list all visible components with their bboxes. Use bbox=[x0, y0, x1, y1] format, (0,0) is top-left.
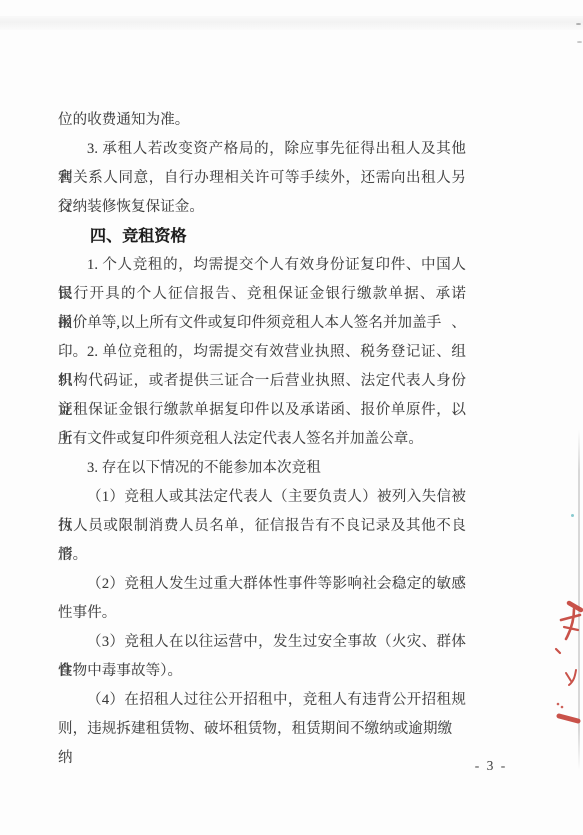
document-line: 形。 bbox=[58, 541, 466, 570]
document-line: 行人员或限制消费人员名单，征信报告有不良记录及其他不良情 bbox=[58, 512, 466, 541]
document-line: 2. 单位竞租的，均需提交有效营业执照、税务登记证、组织 bbox=[58, 338, 466, 367]
document-line: 银行开具的个人征信报告、竞租保证金银行缴款单据、承诺函、 bbox=[58, 280, 466, 309]
document-line: （3）竞租人在以往运营中，发生过安全事故（火灾、群体性 bbox=[58, 628, 466, 657]
document-line: 3. 存在以下情况的不能参加本次竞租 bbox=[58, 454, 466, 483]
document-line: 性事件。 bbox=[58, 599, 466, 628]
document-line: 害关系人同意，自行办理相关许可等手续外，还需向出租人另行 bbox=[58, 164, 466, 193]
document-line: 1. 个人竞租的，均需提交个人有效身份证复印件、中国人民 bbox=[58, 251, 466, 280]
document-line: 所有文件或复印件须竞租人法定代表人签名并加盖公章。 bbox=[58, 425, 466, 454]
document-line: 则，违规拆建租赁物、破坏租赁物，租赁期间不缴纳或逾期缴纳 bbox=[58, 715, 466, 744]
page-number: - 3 - bbox=[458, 758, 524, 774]
scan-speck bbox=[571, 514, 574, 517]
scan-speck bbox=[576, 23, 581, 25]
document-page: 位的收费通知为准。3. 承租人若改变资产格局的，除应事先征得出租人及其他利害关系… bbox=[0, 0, 583, 835]
document-line: 竞租保证金银行缴款单据复印件以及承诺函、报价单原件，以上 bbox=[58, 396, 466, 425]
document-line: 交纳装修恢复保证金。 bbox=[58, 193, 466, 222]
section-heading: 四、竞租资格 bbox=[58, 222, 466, 251]
document-line: 机构代码证，或者提供三证合一后营业执照、法定代表人身份证、 bbox=[58, 367, 466, 396]
document-line: 位的收费通知为准。 bbox=[58, 106, 466, 135]
document-line: 报价单等,以上所有文件或复印件须竞租人本人签名并加盖手印。 bbox=[58, 309, 466, 338]
red-ink-annotation bbox=[548, 595, 583, 725]
document-line: 食物中毒事故等）。 bbox=[58, 657, 466, 686]
document-line: （1）竞租人或其法定代表人（主要负责人）被列入失信被执 bbox=[58, 483, 466, 512]
document-line: （2）竞租人发生过重大群体性事件等影响社会稳定的敏感 bbox=[58, 570, 466, 599]
document-line: 3. 承租人若改变资产格局的，除应事先征得出租人及其他利 bbox=[58, 135, 466, 164]
scan-artifact-band bbox=[0, 16, 583, 30]
document-body: 位的收费通知为准。3. 承租人若改变资产格局的，除应事先征得出租人及其他利害关系… bbox=[58, 106, 466, 744]
scan-speck bbox=[577, 41, 582, 43]
document-line: （4）在招租人过往公开招租中，竞租人有违背公开招租规 bbox=[58, 686, 466, 715]
